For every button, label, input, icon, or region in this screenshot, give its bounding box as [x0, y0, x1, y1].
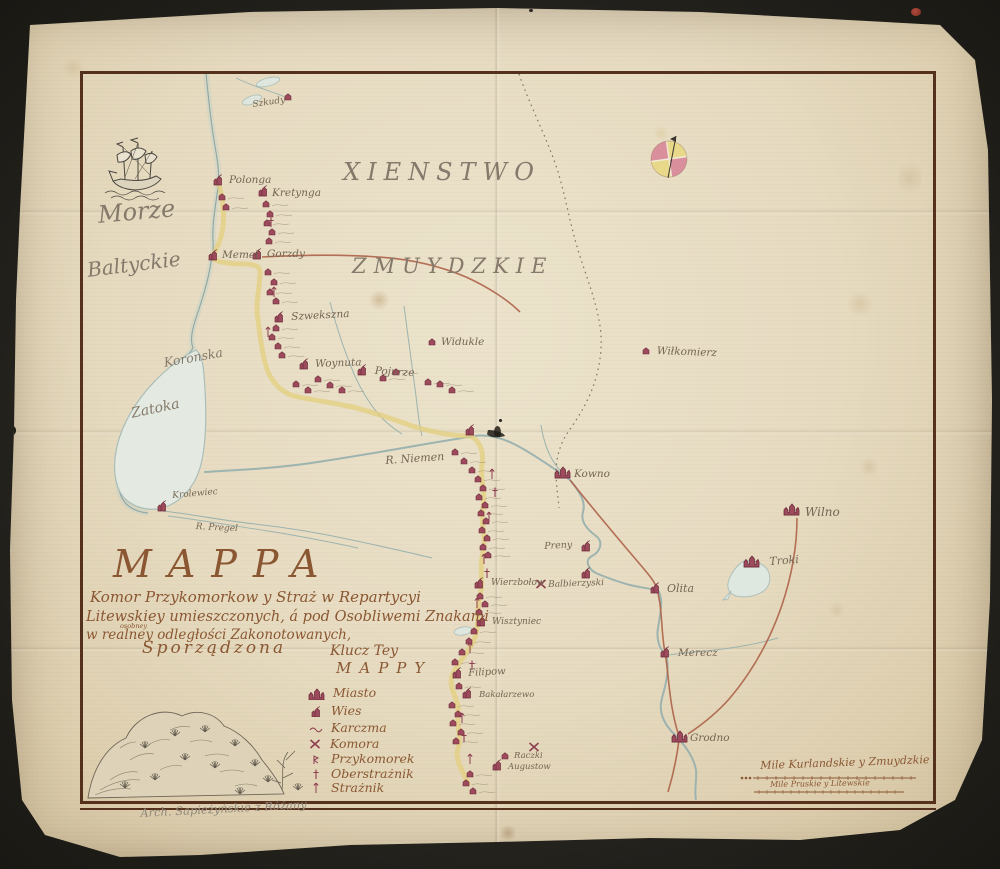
place-label: Szwekszna [291, 309, 350, 323]
border-post-marker [267, 211, 273, 217]
ship-illustration [105, 138, 165, 200]
senior-guard-marker [461, 733, 466, 743]
border-post-marker [273, 298, 279, 304]
legend-label: Miasto [333, 685, 376, 700]
illegible-label-squiggle [280, 283, 296, 284]
senior-guard-marker [268, 218, 273, 228]
place-label: Olita [667, 583, 694, 594]
place-label: Troki [769, 554, 799, 567]
border-post-marker [263, 201, 269, 207]
title-line1: Komor Przykomorkow y Straż w Repartycyi [90, 590, 421, 605]
lagoon-label-line1: Koronska [163, 347, 224, 370]
place-label: Kretynga [272, 188, 321, 199]
legend-sub-customs-icon [308, 753, 324, 765]
border-post-marker [264, 220, 270, 226]
border-post-marker [267, 289, 273, 295]
border-post-marker [223, 204, 229, 210]
pencil-archive-note: Arch. Sapieżyńskie z Różany [140, 799, 307, 819]
map-title: MAPPA [113, 545, 334, 583]
place-label: Bakałarzewo [479, 691, 534, 700]
illegible-label-squiggle [476, 775, 492, 776]
fold-hole [494, 426, 501, 438]
legend-item-miasto: Miasto [306, 685, 376, 700]
illegible-label-squiggle [461, 453, 477, 454]
town-marker [158, 501, 166, 511]
border-post-marker [476, 494, 482, 500]
town-marker [453, 668, 461, 678]
illegible-label-squiggle [228, 198, 244, 199]
illegible-label-squiggle [486, 597, 502, 598]
stain [828, 602, 846, 618]
legend-guard-icon [308, 782, 324, 794]
illegible-label-squiggle [491, 506, 507, 507]
border-post-marker [475, 476, 481, 482]
border-post-marker [463, 780, 469, 786]
illegible-label-squiggle [461, 663, 477, 664]
illegible-label-squiggle [464, 715, 480, 716]
border-post-marker [480, 544, 486, 550]
legend-item-oberstraznik: Oberstrażnik [308, 766, 414, 781]
guard-marker [468, 754, 472, 764]
border-post-marker [466, 638, 472, 644]
city-marker [744, 556, 759, 567]
village-marker [285, 94, 291, 100]
legend-label: Wies [331, 703, 361, 718]
illegible-label-squiggle [489, 548, 505, 549]
river-label-niemen: R. Niemen [385, 451, 445, 466]
legend-customs-icon [307, 738, 323, 750]
illegible-label-squiggle [458, 706, 474, 707]
region-label-line2: ZMUYDZKIE [352, 256, 553, 277]
illegible-label-squiggle [336, 386, 352, 387]
border-post-marker [467, 771, 473, 777]
senior-guard-marker [492, 488, 497, 498]
guard-marker [468, 643, 472, 653]
legend-label: Przykomorek [331, 751, 414, 766]
legend-item-straznik: Strażnik [308, 780, 384, 795]
place-label: Wierzbołow [491, 579, 545, 588]
city-marker [555, 467, 570, 478]
town-marker [259, 186, 267, 196]
rivers [163, 78, 778, 800]
illegible-label-squiggle [479, 792, 495, 793]
illegible-label-squiggle [488, 531, 504, 532]
border-post-marker [327, 382, 333, 388]
border-post-marker [273, 325, 279, 331]
town-marker [209, 250, 217, 260]
border-post-marker [265, 269, 271, 275]
legend-item-przykomorek: Przykomorek [308, 751, 414, 766]
border-post-marker [293, 381, 299, 387]
legend-label: Karczma [331, 720, 387, 735]
place-label: Preny [544, 541, 573, 552]
paper-texture [0, 0, 1000, 869]
border-post-marker [479, 527, 485, 533]
village-marker [502, 753, 508, 759]
illegible-label-squiggle [462, 742, 478, 743]
border-post-marker [453, 738, 459, 744]
legend-city-icon [306, 686, 326, 700]
guard-marker [272, 287, 276, 297]
illegible-label-squiggle [434, 383, 450, 384]
border-post-marker [269, 334, 275, 340]
sea-label-baltyckie: Baltyckie [86, 249, 182, 280]
border-post-marker [470, 788, 476, 794]
illegible-label-squiggle [288, 356, 304, 357]
illegible-label-squiggle [232, 208, 248, 209]
place-label: Szkudy [252, 96, 286, 110]
border-post-marker [452, 659, 458, 665]
place-label: Wilno [805, 506, 840, 518]
title-line4: Sporządzona [142, 640, 286, 657]
town-marker [463, 688, 471, 698]
photo-background: Morze Baltyckie XIENSTWO ZMUYDZKIE Koron… [0, 0, 1000, 869]
border-post-marker [269, 229, 275, 235]
senior-guard-marker [484, 569, 489, 579]
place-label: Balbierzyski [548, 579, 604, 590]
border-post-marker [461, 458, 467, 464]
town-marker [275, 312, 283, 322]
boundary-dotted [519, 74, 601, 508]
place-label: Grodno [690, 733, 730, 744]
stain [845, 292, 875, 316]
town-marker [493, 760, 501, 770]
village-marker [429, 339, 435, 345]
illegible-label-squiggle [493, 539, 509, 540]
illegible-label-squiggle [276, 215, 292, 216]
border-post-marker [271, 279, 277, 285]
place-label: Wiłkomierz [657, 346, 717, 359]
region-label-line1: XIENSTWO [343, 160, 541, 184]
place-label: Merecz [678, 648, 718, 659]
border-post-marker [449, 702, 455, 708]
border-post-marker [305, 387, 311, 393]
horizontal-fold-crease [0, 429, 1000, 435]
legend-label: Komora [330, 736, 379, 751]
speck [529, 9, 533, 12]
place-label: Woynuta [315, 357, 362, 369]
illegible-label-squiggle [282, 329, 298, 330]
town-marker [214, 175, 222, 185]
guard-marker [490, 469, 494, 479]
guard-marker [475, 598, 479, 608]
place-label: Memel [222, 250, 259, 261]
border-post-marker [482, 601, 488, 607]
illegible-label-squiggle [465, 687, 481, 688]
border-post-marker [482, 502, 488, 508]
border-post-marker [484, 535, 490, 541]
hill-vignette [88, 712, 303, 798]
border-post-marker [219, 194, 225, 200]
illegible-label-squiggle [302, 385, 318, 386]
illegible-label-squiggle [468, 653, 484, 654]
illegible-label-squiggle [314, 391, 330, 392]
border-post-marker [425, 379, 431, 385]
place-label: Raczki [514, 752, 543, 761]
town-marker [582, 541, 590, 551]
place-label: Wisztyniec [492, 618, 541, 627]
illegible-label-squiggle [489, 489, 505, 490]
illegible-label-squiggle [348, 391, 364, 392]
border-post-marker [275, 343, 281, 349]
town-marker [466, 425, 474, 435]
illegible-label-squiggle [275, 242, 291, 243]
illegible-label-squiggle [278, 338, 294, 339]
scale-label-top: Mile Kurlandskie y Zmuydzkie [760, 754, 930, 771]
illegible-label-squiggle [272, 205, 288, 206]
place-label: Filipow [468, 667, 506, 679]
legend-item-komora: Komora [307, 736, 379, 751]
city-marker [784, 504, 799, 515]
curonian-lagoon [115, 350, 206, 509]
border-post-marker [478, 510, 484, 516]
illegible-label-squiggle [491, 605, 507, 606]
illegible-label-squiggle [472, 784, 488, 785]
legend-senior-guard-icon [308, 768, 324, 780]
border-post-marker [452, 449, 458, 455]
illegible-label-squiggle [282, 302, 298, 303]
guard-marker [460, 713, 464, 723]
illegible-label-squiggle [467, 733, 483, 734]
map-sheet: Morze Baltyckie XIENSTWO ZMUYDZKIE Koron… [0, 0, 1000, 869]
place-label: Kowno [574, 469, 610, 480]
stain [898, 158, 922, 198]
border-post-marker [480, 485, 486, 491]
troki-lake [723, 561, 770, 600]
place-label: Augustow [508, 763, 551, 772]
border-post-marker [266, 238, 272, 244]
legend-label: Oberstrażnik [331, 766, 414, 781]
stain [652, 126, 670, 140]
illegible-label-squiggle [470, 462, 486, 463]
place-label: Widukle [441, 337, 484, 348]
border-post-marker [458, 729, 464, 735]
town-marker [475, 578, 483, 588]
guard-marker [487, 512, 491, 522]
compass-rose [649, 136, 690, 179]
border-post-marker [483, 518, 489, 524]
border-post-marker [456, 683, 462, 689]
illegible-label-squiggle [273, 224, 289, 225]
illegible-label-squiggle [324, 380, 340, 381]
illegible-label-squiggle [492, 522, 508, 523]
stain [60, 58, 86, 78]
town-marker [661, 647, 669, 657]
legend-item-wies: Wies [308, 703, 361, 718]
legend-heading-line1: Klucz Tey [330, 644, 398, 658]
speck [499, 419, 502, 422]
place-label: Polonga [229, 175, 271, 186]
illegible-label-squiggle [485, 498, 501, 499]
illegible-label-squiggle [487, 514, 503, 515]
town-marker [582, 568, 590, 578]
border-post-marker [315, 376, 321, 382]
border-post-marker [471, 628, 477, 634]
settlement-marker-layer [158, 94, 799, 794]
town-marker [300, 359, 308, 369]
vertical-fold-crease [494, 0, 500, 869]
border-post-marker [477, 593, 483, 599]
baltic-coastline [118, 73, 219, 513]
scale-label-bottom: Mile Pruskie y Litewskie [770, 779, 870, 789]
border-post-marker [437, 381, 443, 387]
illegible-label-squiggle [284, 347, 300, 348]
stain [498, 826, 518, 840]
town-marker [651, 583, 659, 593]
border-post-marker [459, 649, 465, 655]
border-post-marker [450, 720, 456, 726]
river-label-pregel: R. Pregel [196, 523, 239, 534]
stain [858, 458, 880, 476]
sea-label-morze: Morze [97, 196, 176, 227]
edge-tear [10, 426, 16, 435]
illegible-label-squiggle [274, 273, 290, 274]
place-label: Krolewiec [172, 488, 218, 501]
border-post-marker [449, 387, 455, 393]
legend-item-karczma: Karczma [308, 720, 387, 735]
border-post-marker [485, 552, 491, 558]
guard-marker [482, 554, 486, 564]
guard-marker [266, 327, 270, 337]
legend-village-icon [308, 705, 324, 717]
border-post-marker [339, 387, 345, 393]
illegible-labels-layer [228, 198, 510, 793]
illegible-label-squiggle [478, 471, 494, 472]
illegible-label-squiggle [484, 480, 500, 481]
border-post-marker [455, 711, 461, 717]
illegible-label-squiggle [276, 293, 292, 294]
village-marker [643, 348, 649, 354]
city-marker [672, 731, 687, 742]
ink-blot [487, 430, 505, 437]
illegible-label-squiggle [494, 556, 510, 557]
stain [368, 290, 390, 310]
illegible-label-squiggle [389, 379, 405, 380]
place-label: Pojurze [374, 366, 414, 379]
legend-heading-line2: MAPPY [336, 661, 432, 676]
legend-label: Strażnik [331, 780, 384, 795]
border-post-marker [469, 467, 475, 473]
illegible-label-squiggle [480, 632, 496, 633]
lagoon-label-line2: Zatoka [130, 397, 181, 421]
illegible-label-squiggle [278, 233, 294, 234]
customs-x-marker [530, 743, 539, 751]
red-wax-mark [911, 8, 921, 16]
border-post-marker [279, 352, 285, 358]
legend-tavern-icon [308, 722, 324, 734]
illegible-label-squiggle [446, 385, 462, 386]
illegible-label-squiggle [475, 642, 491, 643]
place-label: Gorzdy [267, 249, 305, 260]
illegible-label-squiggle [459, 724, 475, 725]
illegible-label-squiggle [458, 391, 474, 392]
